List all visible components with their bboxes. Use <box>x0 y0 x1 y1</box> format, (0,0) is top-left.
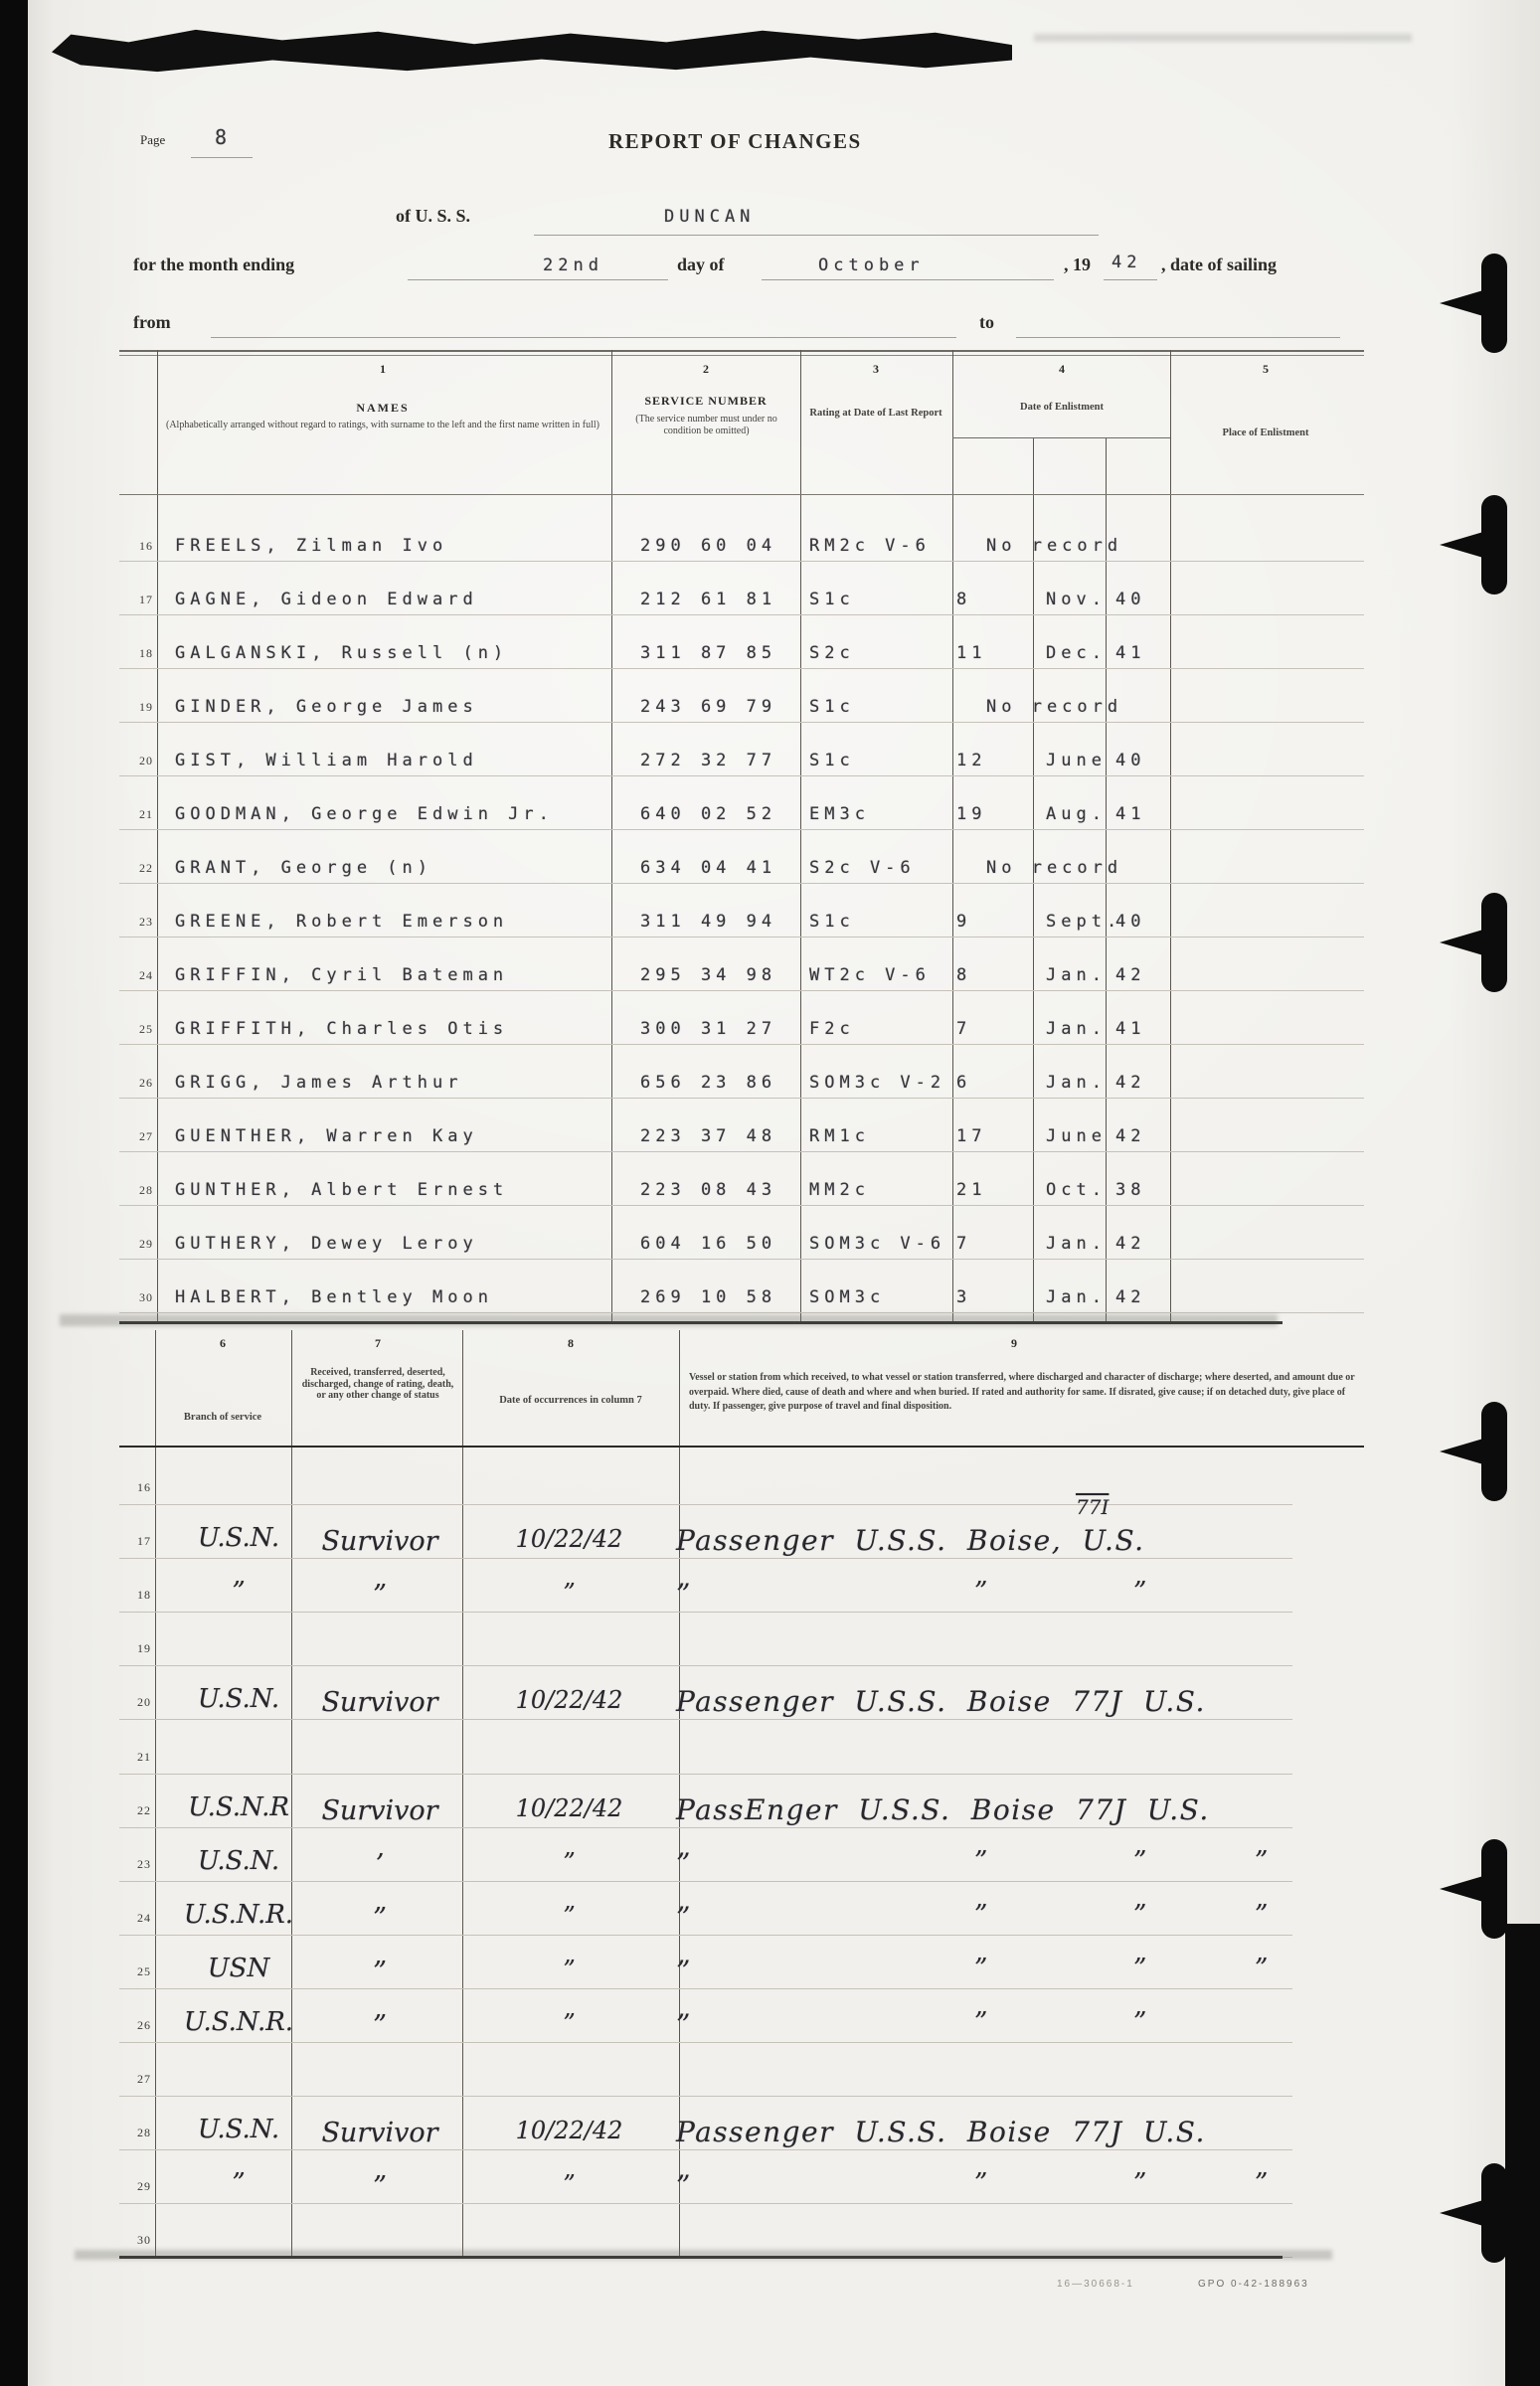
service-number-cell: 212 61 81 <box>640 590 776 609</box>
name-cell: GRIGG, James Arthur <box>175 1073 462 1093</box>
service-number-cell: 243 69 79 <box>640 697 776 717</box>
row-number: 28 <box>119 2126 151 2140</box>
enlistment-month-cell: Aug. <box>1046 804 1107 824</box>
row-number: 25 <box>119 1022 153 1037</box>
occurrence-date-cell: ” <box>467 1902 671 1930</box>
vessel-remarks-ditto: ” <box>974 1900 987 1930</box>
enlistment-year-cell: 38 <box>1115 1180 1145 1200</box>
col1-title: NAMES <box>164 401 601 416</box>
muster-row: 26 GRIGG, James Arthur 656 23 86 SOM3c V… <box>119 1045 1364 1099</box>
ship-name: DUNCAN <box>664 207 755 227</box>
status-change-cell: ” <box>296 2010 463 2041</box>
vessel-remarks-ditto: ” <box>1133 2007 1146 2037</box>
enlistment-month-cell: Oct. <box>1046 1180 1107 1200</box>
vessel-remarks-cell: ” <box>676 1578 692 1611</box>
occurrence-date-cell: 10/22/42 <box>467 1525 671 1553</box>
col2-subtitle: (The service number must under no condit… <box>624 414 788 436</box>
changes-row: 28 U.S.N. Survivor 10/22/42 Passenger U.… <box>119 2097 1364 2150</box>
service-number-cell: 295 34 98 <box>640 965 776 985</box>
muster-row: 16 FREELS, Zilman Ivo 290 60 04 RM2c V-6… <box>119 508 1364 562</box>
no-record-cell: No record <box>986 697 1122 717</box>
rating-cell: MM2c <box>809 1180 870 1200</box>
muster-row: 27 GUENTHER, Warren Kay 223 37 48 RM1c 1… <box>119 1099 1364 1152</box>
muster-row: 24 GRIFFIN, Cyril Bateman 295 34 98 WT2c… <box>119 937 1364 991</box>
vessel-remarks-ditto: ” <box>974 1846 987 1876</box>
from-label: from <box>133 312 171 333</box>
vessel-remarks-ditto: ” <box>1133 1577 1146 1607</box>
enlistment-year-cell: 42 <box>1115 1126 1145 1146</box>
service-number-cell: 223 08 43 <box>640 1180 776 1200</box>
col2-number: 2 <box>686 362 726 377</box>
vessel-remarks-ditto: ” <box>1255 1954 1268 1983</box>
table2-header-bottom-rule <box>119 1446 1364 1448</box>
row-number: 19 <box>119 700 153 715</box>
service-number-cell: 223 37 48 <box>640 1126 776 1146</box>
enlistment-month-cell: Jan. <box>1046 1019 1107 1039</box>
changes-row: 17 U.S.N. Survivor 10/22/42 Passenger U.… <box>119 1505 1364 1559</box>
rating-cell: S2c <box>809 643 855 663</box>
col1-subtitle: (Alphabetically arranged without regard … <box>164 420 601 431</box>
col8-title: Date of occurrences in column 7 <box>481 1395 660 1407</box>
enlistment-day-cell: 7 <box>956 1234 971 1254</box>
name-cell: GAGNE, Gideon Edward <box>175 590 478 609</box>
row-number: 25 <box>119 1964 151 1979</box>
service-number-cell: 634 04 41 <box>640 858 776 878</box>
name-cell: FREELS, Zilman Ivo <box>175 536 447 556</box>
vessel-remarks-cell: ” <box>676 2008 692 2041</box>
occurrence-date-cell: 10/22/42 <box>467 2117 671 2144</box>
status-change-cell: Survivor <box>296 1687 463 1718</box>
rating-cell: RM2c V-6 <box>809 536 931 556</box>
row-number: 26 <box>119 1076 153 1091</box>
muster-row: 30 HALBERT, Bentley Moon 269 10 58 SOM3c… <box>119 1260 1364 1313</box>
year-prefix-label: , 19 <box>1064 255 1091 275</box>
form-number: 16—30668-1 <box>1057 2279 1134 2290</box>
to-underline <box>1016 337 1340 338</box>
service-number-cell: 640 02 52 <box>640 804 776 824</box>
service-number-cell: 656 23 86 <box>640 1073 776 1093</box>
rating-cell: S2c V-6 <box>809 858 916 878</box>
muster-row: 18 GALGANSKI, Russell (n) 311 87 85 S2c … <box>119 615 1364 669</box>
scan-smudge <box>60 1314 1278 1326</box>
row-number: 16 <box>119 539 153 554</box>
scan-top-tear <box>52 26 1012 74</box>
page-number: 8 <box>215 125 232 149</box>
changes-row: 21 <box>119 1720 1364 1774</box>
ship-name-underline <box>534 235 1099 236</box>
changes-row: 16 <box>119 1451 1364 1505</box>
row-number: 22 <box>119 1803 151 1818</box>
row-number: 29 <box>119 2179 151 2194</box>
name-cell: GALGANSKI, Russell (n) <box>175 643 508 663</box>
row-number: 29 <box>119 1237 153 1252</box>
vessel-remarks-cell: ” <box>676 2169 692 2202</box>
vessel-remarks-cell: PassEnger U.S.S. Boise 77J U.S. <box>676 1793 1210 1826</box>
month-ending-label: for the month ending <box>133 255 294 275</box>
table1-header-bottom-rule <box>119 494 1364 495</box>
changes-row: 29 ” ” ” ” ” ” ” <box>119 2150 1364 2204</box>
name-cell: GIST, William Harold <box>175 751 478 770</box>
table2-bottom-heavy-rule <box>119 2256 1283 2259</box>
rating-cell: S1c <box>809 912 855 932</box>
col7-title: Received, transferred, deserted, dischar… <box>298 1367 457 1402</box>
rating-cell: WT2c V-6 <box>809 965 931 985</box>
binder-clip <box>1438 1402 1507 1501</box>
scan-smear <box>1034 34 1412 42</box>
enlistment-day-cell: 8 <box>956 590 971 609</box>
document-title: REPORT OF CHANGES <box>608 129 862 154</box>
enlistment-month-cell: Sept. <box>1046 912 1121 932</box>
enlistment-month-cell: Jan. <box>1046 1234 1107 1254</box>
row-number: 16 <box>119 1480 151 1495</box>
scanned-document-page: Page 8 REPORT OF CHANGES of U. S. S. DUN… <box>0 0 1540 2386</box>
table-top-rule <box>119 350 1364 352</box>
vessel-remarks-cell: ” <box>676 1901 692 1934</box>
name-cell: GRIFFIN, Cyril Bateman <box>175 965 508 985</box>
to-label: to <box>979 312 994 333</box>
service-number-cell: 300 31 27 <box>640 1019 776 1039</box>
name-cell: GUTHERY, Dewey Leroy <box>175 1234 478 1254</box>
binder-clip <box>1438 2163 1507 2263</box>
col6-number: 6 <box>203 1336 243 1351</box>
enlistment-month-cell: Jan. <box>1046 1073 1107 1093</box>
table1-bottom-heavy-rule <box>119 1321 1283 1324</box>
name-cell: GINDER, George James <box>175 697 478 717</box>
occurrence-date-cell: ” <box>467 1579 671 1607</box>
changes-row: 23 U.S.N. ’ ” ” ” ” ” <box>119 1828 1364 1882</box>
status-change-cell: Survivor <box>296 1795 463 1826</box>
name-cell: GOODMAN, George Edwin Jr. <box>175 804 554 824</box>
enlistment-day-cell: 8 <box>956 965 971 985</box>
col4-title: Date of Enlistment <box>962 402 1161 414</box>
enlistment-day-cell: 6 <box>956 1073 971 1093</box>
row-number: 18 <box>119 646 153 661</box>
status-change-cell: ” <box>296 1903 463 1934</box>
occurrence-date-cell: ” <box>467 2170 671 2198</box>
task-unit-superscript: 77I <box>1076 1495 1109 1519</box>
service-number-cell: 269 10 58 <box>640 1287 776 1307</box>
month-value: October <box>818 256 925 275</box>
vessel-remarks-ditto: ” <box>1133 1900 1146 1930</box>
row-number: 30 <box>119 1290 153 1305</box>
enlistment-month-cell: Jan. <box>1046 965 1107 985</box>
enlistment-year-cell: 40 <box>1115 912 1145 932</box>
enlistment-day-cell: 11 <box>956 643 986 663</box>
service-number-cell: 311 49 94 <box>640 912 776 932</box>
branch-of-service-cell: U.S.N.R. <box>159 2007 318 2037</box>
year-underline <box>1104 279 1157 280</box>
changes-row: 24 U.S.N.R. ” ” ” ” ” ” <box>119 1882 1364 1936</box>
row-number: 24 <box>119 968 153 983</box>
col5-title: Place of Enlistment <box>1166 427 1365 439</box>
rating-cell: SOM3c V-6 <box>809 1234 945 1254</box>
branch-of-service-cell: U.S.N. <box>159 1846 318 1876</box>
muster-row: 22 GRANT, George (n) 634 04 41 S2c V-6 N… <box>119 830 1364 884</box>
service-number-cell: 290 60 04 <box>640 536 776 556</box>
col9-title: Vessel or station from which received, t… <box>689 1371 1361 1415</box>
of-uss-label: of U. S. S. <box>396 206 470 227</box>
name-cell: GRANT, George (n) <box>175 858 432 878</box>
muster-row: 19 GINDER, George James 243 69 79 S1c No… <box>119 669 1364 723</box>
branch-of-service-cell: ” <box>159 1577 318 1607</box>
no-record-cell: No record <box>986 536 1122 556</box>
vessel-remarks-ditto: ” <box>1133 1846 1146 1876</box>
row-number: 27 <box>119 1129 153 1144</box>
date-of-sailing-label: , date of sailing <box>1161 255 1277 275</box>
row-number: 21 <box>119 807 153 822</box>
muster-row: 17 GAGNE, Gideon Edward 212 61 81 S1c 8 … <box>119 562 1364 615</box>
branch-of-service-cell: USN <box>159 1954 318 1983</box>
status-change-cell: Survivor <box>296 1526 463 1557</box>
no-record-cell: No record <box>986 858 1122 878</box>
day-value: 22nd <box>543 256 603 275</box>
row-number: 23 <box>119 915 153 930</box>
status-change-cell: ” <box>296 2171 463 2202</box>
enlistment-year-cell: 40 <box>1115 590 1145 609</box>
row-number: 17 <box>119 1534 151 1549</box>
enlistment-month-cell: Dec. <box>1046 643 1107 663</box>
vessel-remarks-cell: ” <box>676 1847 692 1880</box>
enlistment-year-cell: 42 <box>1115 1287 1145 1307</box>
branch-of-service-cell: U.S.N. <box>159 2115 318 2144</box>
enlistment-year-cell: 41 <box>1115 1019 1145 1039</box>
scan-left-edge <box>0 0 28 2386</box>
service-number-cell: 311 87 85 <box>640 643 776 663</box>
col2-title: SERVICE NUMBER <box>616 394 795 409</box>
changes-row: 18 ” ” ” ” ” ” <box>119 1559 1364 1613</box>
table-top-rule-2 <box>119 355 1364 356</box>
muster-row: 28 GUNTHER, Albert Ernest 223 08 43 MM2c… <box>119 1152 1364 1206</box>
day-underline <box>408 279 668 280</box>
col3-title: Rating at Date of Last Report <box>806 408 945 420</box>
row-number: 20 <box>119 754 153 768</box>
muster-row: 20 GIST, William Harold 272 32 77 S1c 12… <box>119 723 1364 776</box>
branch-of-service-cell: ” <box>159 2168 318 2198</box>
enlistment-year-cell: 42 <box>1115 965 1145 985</box>
row-number: 22 <box>119 861 153 876</box>
from-underline <box>211 337 956 338</box>
muster-row: 29 GUTHERY, Dewey Leroy 604 16 50 SOM3c … <box>119 1206 1364 1260</box>
date-col-subdivider <box>952 437 1170 438</box>
binder-clip <box>1438 254 1507 353</box>
rating-cell: RM1c <box>809 1126 870 1146</box>
occurrence-date-cell: 10/22/42 <box>467 1686 671 1714</box>
name-cell: GUNTHER, Albert Ernest <box>175 1180 508 1200</box>
row-number: 28 <box>119 1183 153 1198</box>
enlistment-year-cell: 41 <box>1115 804 1145 824</box>
changes-row: 26 U.S.N.R. ” ” ” ” ” <box>119 1989 1364 2043</box>
col9-number: 9 <box>994 1336 1034 1351</box>
service-number-cell: 604 16 50 <box>640 1234 776 1254</box>
changes-row: 22 U.S.N.R Survivor 10/22/42 PassEnger U… <box>119 1775 1364 1828</box>
enlistment-day-cell: 21 <box>956 1180 986 1200</box>
vessel-remarks-ditto: ” <box>1255 2168 1268 2198</box>
changes-row: 27 <box>119 2043 1364 2097</box>
enlistment-year-cell: 42 <box>1115 1234 1145 1254</box>
row-number: 20 <box>119 1695 151 1710</box>
occurrence-date-cell: ” <box>467 2009 671 2037</box>
col6-title: Branch of service <box>153 1412 292 1424</box>
enlistment-month-cell: Jan. <box>1046 1287 1107 1307</box>
branch-of-service-cell: U.S.N. <box>159 1523 318 1553</box>
rating-cell: S1c <box>809 751 855 770</box>
enlistment-day-cell: 3 <box>956 1287 971 1307</box>
col1-number: 1 <box>363 362 403 377</box>
col5-number: 5 <box>1246 362 1285 377</box>
row-number: 23 <box>119 1857 151 1872</box>
changes-row: 19 <box>119 1613 1364 1666</box>
enlistment-day-cell: 9 <box>956 912 971 932</box>
enlistment-day-cell: 17 <box>956 1126 986 1146</box>
vessel-remarks-cell: Passenger U.S.S. Boise, U.S. <box>676 1524 1145 1557</box>
name-cell: GREENE, Robert Emerson <box>175 912 508 932</box>
muster-row: 21 GOODMAN, George Edwin Jr. 640 02 52 E… <box>119 776 1364 830</box>
status-change-cell: ” <box>296 1580 463 1611</box>
status-change-cell: ” <box>296 1957 463 1987</box>
enlistment-month-cell: June <box>1046 751 1107 770</box>
name-cell: HALBERT, Bentley Moon <box>175 1287 493 1307</box>
enlistment-year-cell: 40 <box>1115 751 1145 770</box>
scan-right-edge <box>1505 1924 1540 2386</box>
vessel-remarks-cell: Passenger U.S.S. Boise 77J U.S. <box>676 1685 1206 1718</box>
changes-table-body: 16 17 U.S.N. Survivor 10/22/42 Passenger… <box>119 1451 1364 2258</box>
occurrence-date-cell: ” <box>467 1956 671 1983</box>
vessel-remarks-ditto: ” <box>974 2168 987 2198</box>
col3-number: 3 <box>856 362 896 377</box>
col8-number: 8 <box>551 1336 591 1351</box>
day-of-label: day of <box>677 255 725 275</box>
enlistment-year-cell: 42 <box>1115 1073 1145 1093</box>
row-number: 21 <box>119 1750 151 1765</box>
branch-of-service-cell: U.S.N. <box>159 1684 318 1714</box>
name-cell: GUENTHER, Warren Kay <box>175 1126 478 1146</box>
service-number-cell: 272 32 77 <box>640 751 776 770</box>
changes-row: 25 USN ” ” ” ” ” ” <box>119 1936 1364 1989</box>
year-value: 42 <box>1112 253 1141 272</box>
col4-number: 4 <box>1042 362 1082 377</box>
changes-row: 20 U.S.N. Survivor 10/22/42 Passenger U.… <box>119 1666 1364 1720</box>
binder-clip <box>1438 893 1507 992</box>
rating-cell: SOM3c V-2 <box>809 1073 945 1093</box>
enlistment-day-cell: 12 <box>956 751 986 770</box>
status-change-cell: Survivor <box>296 2118 463 2148</box>
rating-cell: SOM3c <box>809 1287 885 1307</box>
page-number-underline <box>191 157 253 158</box>
rating-cell: EM3c <box>809 804 870 824</box>
branch-of-service-cell: U.S.N.R <box>159 1792 318 1822</box>
vessel-remarks-cell: Passenger U.S.S. Boise 77J U.S. <box>676 2116 1206 2148</box>
vessel-remarks-ditto: ” <box>1255 1900 1268 1930</box>
name-cell: GRIFFITH, Charles Otis <box>175 1019 508 1039</box>
binder-clip <box>1438 495 1507 595</box>
vessel-remarks-ditto: ” <box>974 1954 987 1983</box>
status-change-cell: ’ <box>296 1849 463 1880</box>
vessel-remarks-ditto: ” <box>974 2007 987 2037</box>
vessel-remarks-ditto: ” <box>1133 2168 1146 2198</box>
enlistment-day-cell: 7 <box>956 1019 971 1039</box>
rating-cell: F2c <box>809 1019 855 1039</box>
rating-cell: S1c <box>809 697 855 717</box>
rating-cell: S1c <box>809 590 855 609</box>
row-number: 24 <box>119 1911 151 1926</box>
vessel-remarks-cell: ” <box>676 1955 692 1987</box>
enlistment-month-cell: Nov. <box>1046 590 1107 609</box>
occurrence-date-cell: 10/22/42 <box>467 1794 671 1822</box>
occurrence-date-cell: ” <box>467 1848 671 1876</box>
vessel-remarks-ditto: ” <box>1255 1846 1268 1876</box>
row-number: 30 <box>119 2233 151 2248</box>
muster-row: 25 GRIFFITH, Charles Otis 300 31 27 F2c … <box>119 991 1364 1045</box>
row-number: 27 <box>119 2072 151 2087</box>
muster-table-body: 16 FREELS, Zilman Ivo 290 60 04 RM2c V-6… <box>119 508 1364 1313</box>
vessel-remarks-ditto: ” <box>1133 1954 1146 1983</box>
enlistment-day-cell: 19 <box>956 804 986 824</box>
binder-clip <box>1438 1839 1507 1939</box>
col7-number: 7 <box>358 1336 398 1351</box>
vessel-remarks-ditto: ” <box>974 1577 987 1607</box>
row-number: 26 <box>119 2018 151 2033</box>
page-label: Page <box>140 132 165 148</box>
row-number: 19 <box>119 1641 151 1656</box>
muster-row: 23 GREENE, Robert Emerson 311 49 94 S1c … <box>119 884 1364 937</box>
enlistment-month-cell: June <box>1046 1126 1107 1146</box>
enlistment-year-cell: 41 <box>1115 643 1145 663</box>
gpo-imprint: GPO 0-42-188963 <box>1198 2279 1309 2290</box>
row-number: 18 <box>119 1588 151 1603</box>
month-underline <box>762 279 1054 280</box>
branch-of-service-cell: U.S.N.R. <box>159 1900 318 1930</box>
row-number: 17 <box>119 593 153 607</box>
